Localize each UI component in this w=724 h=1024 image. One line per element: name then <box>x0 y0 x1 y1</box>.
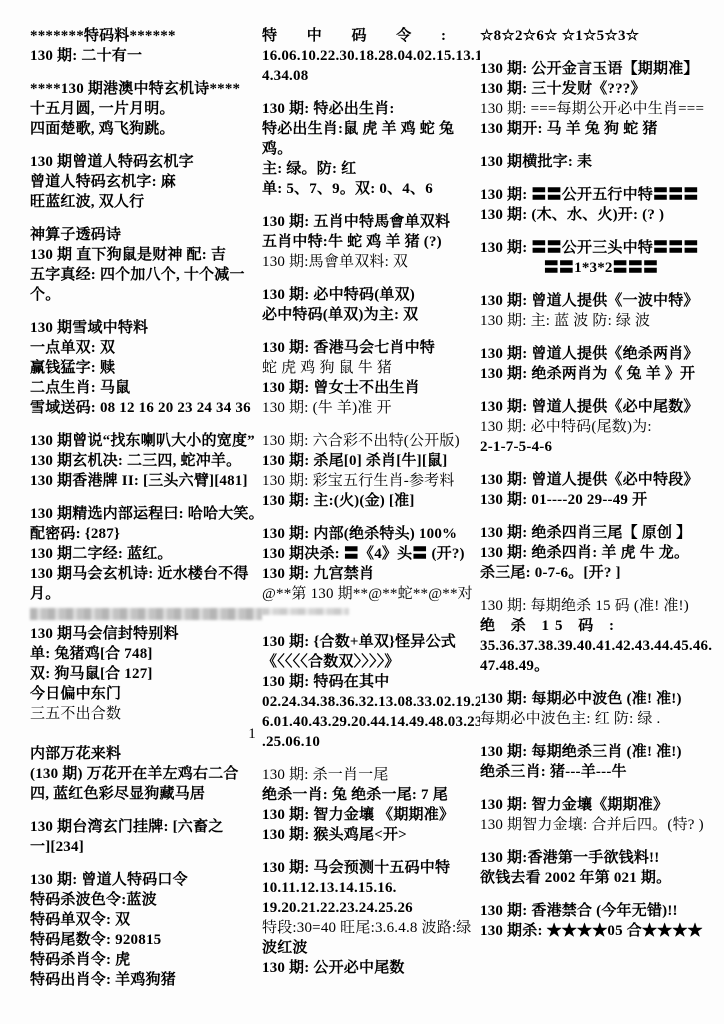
text-line: 曾道人特码玄机字: 麻 <box>30 172 262 192</box>
smudged-text-line <box>30 608 262 620</box>
text-line: 1 <box>30 724 262 744</box>
text-line: 130 期智力金壤: 合并后四。(特? ) <box>480 815 722 835</box>
paragraph-gap <box>480 331 722 344</box>
text-line: 130 期横批字: 耒 <box>480 152 722 172</box>
paragraph-gap <box>262 86 480 99</box>
tip-sheet-page: *******特码料******130 期: 二十有一****130 期港澳中特… <box>0 0 724 1024</box>
text-line: 鸡。 <box>262 139 480 159</box>
paragraph-gap <box>480 835 722 848</box>
text-line: 130 期: 每期绝杀 15 码 (准! 准!) <box>480 596 722 616</box>
text-line: 130 期: 二十有一 <box>30 46 262 66</box>
text-line: 蛇 虎 鸡 狗 鼠 牛 猪 <box>262 358 480 378</box>
text-line: 130 期: 主:(火)(金) [准] <box>262 491 480 511</box>
text-line: 130 期: 每期绝杀三肖 (准! 准!) <box>480 742 722 762</box>
text-line: 130 期台湾玄门挂牌: [六畜之 <box>30 817 262 837</box>
text-line: 130 期:馬會单双料: 双 <box>262 252 480 272</box>
text-line: 特码尾数令: 920815 <box>30 930 262 950</box>
text-line: 130 期: 主: 蓝 波 防: 绿 波 <box>480 311 722 331</box>
text-line: 130 期: ===每期公开必中生肖=== <box>480 99 722 119</box>
paragraph-gap <box>480 172 722 185</box>
text-line: 杀三尾: 0-7-6。[开? ] <box>480 563 722 583</box>
text-line: 19.20.21.22.23.24.25.26 <box>262 898 480 918</box>
text-line: 绝杀一肖: 兔 绝杀一尾: 7 尾 <box>262 785 480 805</box>
text-line: 130 期: 绝杀四肖: 羊 虎 牛 龙。 <box>480 543 722 563</box>
text-line: 双: 狗马鼠[合 127] <box>30 664 262 684</box>
text-line: ****130 期港澳中特玄机诗**** <box>30 79 262 99</box>
text-line: 4.34.08 <box>262 66 480 86</box>
text-line: 130 期: 香港禁合 (今年无错)!! <box>480 901 722 921</box>
text-line: 130 期: 曾道人提供《必中尾数》 <box>480 397 722 417</box>
paragraph-gap <box>30 66 262 79</box>
text-line: 特码出肖令: 羊鸡狗猪 <box>30 970 262 990</box>
text-line: 四, 蓝红色彩尽显狗藏马居 <box>30 784 262 804</box>
text-line: 130 期: (牛 羊)准 开 <box>262 398 480 418</box>
text-line: 2-1-7-5-4-6 <box>480 437 722 457</box>
text-line: 130 期: 必中特码(单双) <box>262 285 480 305</box>
text-line: 130 期曾道人特码玄机字 <box>30 152 262 172</box>
text-line: 130 期: 必中特码(尾数)为: <box>480 417 722 437</box>
text-line: 130 期 直下狗鼠是财神 配: 吉 <box>30 245 262 265</box>
paragraph-gap <box>262 845 480 858</box>
text-line: 130 期: 曾道人提供《一波中特》 <box>480 291 722 311</box>
text-line: 130 期: 内部(绝杀特头) 100% <box>262 524 480 544</box>
text-line: 特必出生肖:鼠 虎 羊 鸡 蛇 兔 <box>262 119 480 139</box>
text-line: 130 期: 香港马会七肖中特 <box>262 338 480 358</box>
text-line: 130 期: 三十发财《???》 <box>480 79 722 99</box>
paragraph-gap <box>480 583 722 596</box>
text-line: 一点单双: 双 <box>30 338 262 358</box>
column-3: ☆8☆2☆6☆ ☆1☆5☆3☆130 期: 公开金言玉语【期期准】130 期: … <box>480 26 722 1024</box>
text-line: 四面楚歌, 鸡飞狗跳。 <box>30 119 262 139</box>
text-line: @**第 130 期**@**蛇**@**对 <box>262 584 480 604</box>
paragraph-gap <box>30 491 262 504</box>
paragraph-gap <box>262 511 480 524</box>
text-line: 今日偏中东门 <box>30 684 262 704</box>
paragraph-gap <box>480 139 722 152</box>
text-line: 赢钱猛字: 赎 <box>30 358 262 378</box>
text-line: 130 期: 曾女士不出生肖 <box>262 378 480 398</box>
text-line: 特 中 码 令 : <box>262 26 480 46</box>
text-line: 130 期玄机决: 二三四, 蛇冲羊。 <box>30 451 262 471</box>
paragraph-gap <box>480 676 722 689</box>
text-line: 月。 <box>30 584 262 604</box>
text-line: 每期必中波色主: 红 防: 绿 . <box>480 709 722 729</box>
paragraph-gap <box>262 325 480 338</box>
text-line: 特码单双令: 双 <box>30 910 262 930</box>
text-line: 47.48.49。 <box>480 656 722 676</box>
text-line: 130 期: 五肖中特馬會单双料 <box>262 212 480 232</box>
text-line: 旺蓝红波, 双人行 <box>30 192 262 212</box>
text-line: 130 期:香港第一手欲钱料!! <box>480 848 722 868</box>
paragraph-gap <box>30 212 262 225</box>
text-line: 130 期: 特必出生肖: <box>262 99 480 119</box>
text-line: 特码杀肖令: 虎 <box>30 950 262 970</box>
text-line: 130 期: 杀一肖一尾 <box>262 765 480 785</box>
text-line: 神算子透码诗 <box>30 225 262 245</box>
text-line: 130 期: 九宫禁肖 <box>262 564 480 584</box>
text-line: 130 期: 猴头鸡尾<开> <box>262 825 480 845</box>
paragraph-gap <box>480 888 722 901</box>
text-line: *******特码料****** <box>30 26 262 46</box>
text-line: 130 期杀: ★★★★05 合★★★★ <box>480 921 722 941</box>
text-line: 130 期: 六合彩不出特(公开版) <box>262 431 480 451</box>
paragraph-gap <box>30 305 262 318</box>
text-line: 130 期: 01----20 29--49 开 <box>480 490 722 510</box>
paragraph-gap <box>262 272 480 285</box>
text-line: 130 期: 公开必中尾数 <box>262 958 480 978</box>
text-line: 130 期: 智力金壤 《期期准》 <box>262 805 480 825</box>
paragraph-gap <box>30 857 262 870</box>
text-line: 特段:30=40 旺尾:3.6.4.8 波路:绿 <box>262 918 480 938</box>
text-line: 130 期: 曾道人提供《绝杀两肖》 <box>480 344 722 364</box>
text-line: 130 期: 智力金壤《期期准》 <box>480 795 722 815</box>
text-line: 130 期: 〓〓公开五行中特〓〓〓 <box>480 185 722 205</box>
text-line: 五肖中特:牛 蛇 鸡 羊 猪 (?) <box>262 232 480 252</box>
text-line: 130 期开: 马 羊 兔 狗 蛇 猪 <box>480 119 722 139</box>
paragraph-gap <box>480 384 722 397</box>
text-line: 三五不出合数 <box>30 704 262 724</box>
text-line: 16.06.10.22.30.18.28.04.02.15.13.1 <box>262 46 480 66</box>
text-line: 130 期马会信封特别料 <box>30 624 262 644</box>
text-line: 〓〓1*3*2〓〓〓 <box>480 258 722 278</box>
text-line: ☆8☆2☆6☆ ☆1☆5☆3☆ <box>480 26 722 46</box>
paragraph-gap <box>30 139 262 152</box>
text-line: 个。 <box>30 285 262 305</box>
smudged-text-line <box>262 608 349 615</box>
text-line: 一][234] <box>30 837 262 857</box>
paragraph-gap <box>480 729 722 742</box>
text-line: 130 期精选内部运程曰: 哈哈大笑。 <box>30 504 262 524</box>
text-line: 02.24.34.38.36.32.13.08.33.02.19.2 <box>262 692 480 712</box>
text-line: .25.06.10 <box>262 732 480 752</box>
text-line: 配密码: {287} <box>30 524 262 544</box>
column-2: 特 中 码 令 :16.06.10.22.30.18.28.04.02.15.1… <box>262 26 480 1024</box>
text-line: 欲钱去看 2002 年第 021 期。 <box>480 868 722 888</box>
text-line: 130 期: 〓〓公开三头中特〓〓〓 <box>480 238 722 258</box>
text-line: 130 期决杀: 〓《4》头〓 (开?) <box>262 544 480 564</box>
paragraph-gap <box>262 619 480 632</box>
text-line: 130 期: 彩宝五行生肖-参考料 <box>262 471 480 491</box>
text-line: 130 期: 杀尾[0] 杀肖[牛][鼠] <box>262 451 480 471</box>
paragraph-gap <box>30 804 262 817</box>
text-line: 35.36.37.38.39.40.41.42.43.44.45.46. <box>480 636 722 656</box>
paragraph-gap <box>480 225 722 238</box>
text-line: 雪域送码: 08 12 16 20 23 24 34 36 <box>30 398 262 418</box>
paragraph-gap <box>262 418 480 431</box>
paragraph-gap <box>480 46 722 59</box>
text-line: 单: 5、7、9。双: 0、4、6 <box>262 179 480 199</box>
text-line: 二点生肖: 马鼠 <box>30 378 262 398</box>
text-line: 单: 兔猪鸡[合 748] <box>30 644 262 664</box>
text-line: 130 期雪域中特料 <box>30 318 262 338</box>
text-line: 130 期: 马会预测十五码中特 <box>262 858 480 878</box>
text-line: 十五月圆, 一片月明。 <box>30 99 262 119</box>
text-line: 绝杀三肖: 猪---羊---牛 <box>480 762 722 782</box>
text-line: 五字真经: 四个加八个, 十个减一 <box>30 265 262 285</box>
text-line: 130 期: {合数+单双}怪异公式 <box>262 632 480 652</box>
text-line: 必中特码(单双)为主: 双 <box>262 305 480 325</box>
paragraph-gap <box>480 782 722 795</box>
text-line: 130 期: 绝杀四肖三尾【 原创 】 <box>480 523 722 543</box>
text-line: 130 期: 每期必中波色 (准! 准!) <box>480 689 722 709</box>
text-line: 特码杀波色令:蓝波 <box>30 890 262 910</box>
text-line: 主: 绿。防: 红 <box>262 159 480 179</box>
text-line: 130 期: (木、水、火)开: (? ) <box>480 205 722 225</box>
paragraph-gap <box>480 278 722 291</box>
paragraph-gap <box>262 199 480 212</box>
text-line: 130 期香港牌 II: [三头六臂][481] <box>30 471 262 491</box>
text-line: 波红波 <box>262 938 480 958</box>
text-line: 绝 杀 15 码 : <box>480 616 722 636</box>
text-line: 内部万花来料 <box>30 744 262 764</box>
paragraph-gap <box>480 510 722 523</box>
paragraph-gap <box>30 418 262 431</box>
text-line: 10.11.12.13.14.15.16. <box>262 878 480 898</box>
text-line: 130 期: 曾道人提供《必中特段》 <box>480 470 722 490</box>
paragraph-gap <box>262 752 480 765</box>
text-line: (130 期) 万花开在羊左鸡右二合 <box>30 764 262 784</box>
text-line: 130 期二字经: 蓝红。 <box>30 544 262 564</box>
text-line: 130 期: 特码在其中 <box>262 672 480 692</box>
text-line: 130 期: 公开金言玉语【期期准】 <box>480 59 722 79</box>
text-line: 《〈〈〈〈合数双〉〉〉〉》 <box>262 652 480 672</box>
text-line: 130 期马会玄机诗: 近水楼台不得 <box>30 564 262 584</box>
text-line: 130 期: 绝杀两肖为《 兔 羊 》开 <box>480 364 722 384</box>
column-1: *******特码料******130 期: 二十有一****130 期港澳中特… <box>30 26 262 1024</box>
text-line: 6.01.40.43.29.20.44.14.49.48.03.23 <box>262 712 480 732</box>
text-line: 130 期曾说“找东喇叭大小的宽度” <box>30 431 262 451</box>
paragraph-gap <box>480 457 722 470</box>
text-line: 130 期: 曾道人特码口令 <box>30 870 262 890</box>
